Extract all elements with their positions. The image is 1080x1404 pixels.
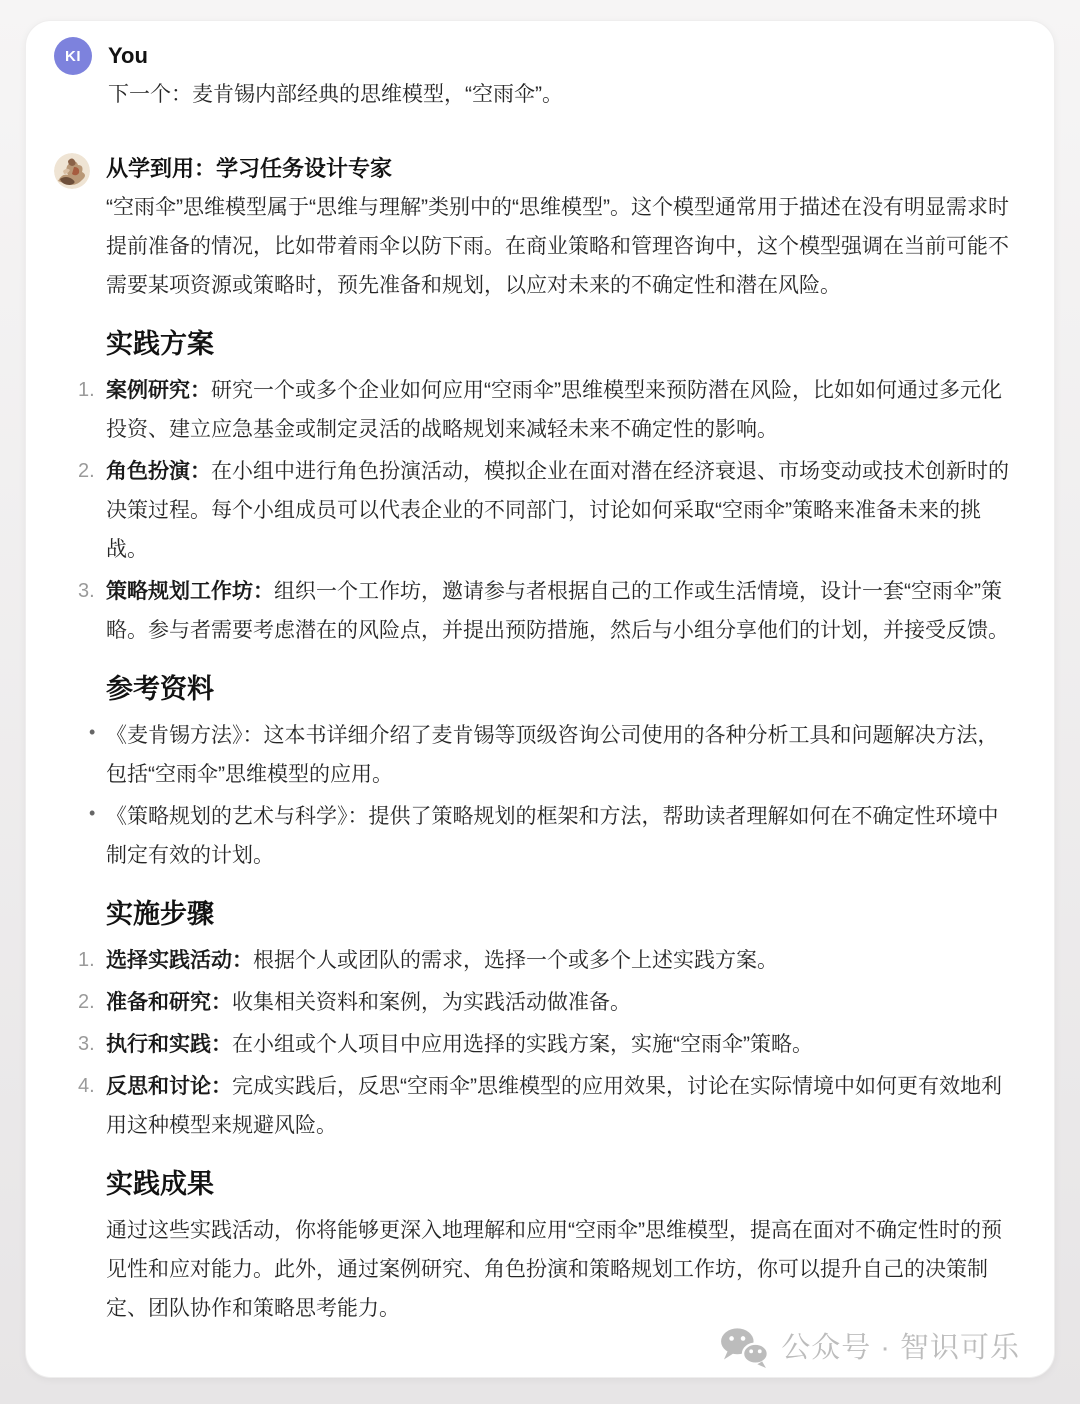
assistant-avatar [54, 153, 90, 189]
user-avatar-initials: KI [65, 48, 81, 65]
list-item: 2.准备和研究：收集相关资料和案例，为实践活动做准备。 [106, 983, 1010, 1022]
section-heading: 实践成果 [106, 1167, 1010, 1201]
list-marker: 3. [78, 1025, 95, 1064]
wechat-icon [719, 1327, 769, 1369]
scholar-illustration-icon [54, 153, 90, 189]
list-item-text: 策略规划工作坊：组织一个工作坊，邀请参与者根据自己的工作或生活情境，设计一套“空… [106, 580, 1009, 642]
list-marker: 2. [78, 983, 95, 1022]
list-item-label: 准备和研究： [106, 991, 232, 1014]
list-item-text: 选择实践活动：根据个人或团队的需求，选择一个或多个上述实践方案。 [106, 949, 778, 972]
chat-card: KI You 下一个：麦肯锡内部经典的思维模型，“空雨伞”。 [25, 20, 1055, 1378]
list-marker: 4. [78, 1067, 95, 1106]
list-item-text: 《策略规划的艺术与科学》：提供了策略规划的框架和方法，帮助读者理解如何在不确定性… [106, 805, 999, 867]
list-item-text: 案例研究：研究一个或多个企业如何应用“空雨伞”思维模型来预防潜在风险，比如如何通… [106, 379, 1002, 441]
user-avatar: KI [54, 37, 92, 75]
list-item: 2.角色扮演：在小组中进行角色扮演活动，模拟企业在面对潜在经济衰退、市场变动或技… [106, 452, 1010, 569]
section-heading: 实践方案 [106, 327, 1010, 361]
list-item: 1.选择实践活动：根据个人或团队的需求，选择一个或多个上述实践方案。 [106, 941, 1010, 980]
user-author: You [108, 41, 1010, 71]
list-item: 3.执行和实践：在小组或个人项目中应用选择的实践方案，实施“空雨伞”策略。 [106, 1025, 1010, 1064]
chat-content: KI You 下一个：麦肯锡内部经典的思维模型，“空雨伞”。 [26, 21, 1054, 1328]
user-message-content: You 下一个：麦肯锡内部经典的思维模型，“空雨伞”。 [108, 37, 1010, 114]
assistant-intro: “空雨伞”思维模型属于“思维与理解”类别中的“思维模型”。这个模型通常用于描述在… [106, 188, 1010, 305]
list-item-label: 执行和实践： [106, 1033, 232, 1056]
assistant-message: 从学到用：学习任务设计专家 “空雨伞”思维模型属于“思维与理解”类别中的“思维模… [54, 150, 1010, 1328]
list-item-label: 案例研究： [106, 379, 211, 402]
ordered-list: 1.选择实践活动：根据个人或团队的需求，选择一个或多个上述实践方案。2.准备和研… [106, 941, 1010, 1145]
list-marker: 1. [78, 941, 95, 980]
list-item-text: 《麦肯锡方法》：这本书详细介绍了麦肯锡等顶级咨询公司使用的各种分析工具和问题解决… [106, 724, 999, 786]
list-item: 3.策略规划工作坊：组织一个工作坊，邀请参与者根据自己的工作或生活情境，设计一套… [106, 572, 1010, 650]
assistant-message-content: 从学到用：学习任务设计专家 “空雨伞”思维模型属于“思维与理解”类别中的“思维模… [106, 150, 1010, 1328]
list-marker: • [89, 713, 95, 752]
list-marker: 1. [78, 371, 95, 410]
list-item: 1.案例研究：研究一个或多个企业如何应用“空雨伞”思维模型来预防潜在风险，比如如… [106, 371, 1010, 449]
watermark: 公众号 · 智识可乐 [719, 1327, 1020, 1369]
list-item-label: 策略规划工作坊： [106, 580, 274, 603]
list-marker: 3. [78, 572, 95, 611]
list-item-label: 角色扮演： [106, 460, 211, 483]
list-item-text: 反思和讨论：完成实践后，反思“空雨伞”思维模型的应用效果，讨论在实际情境中如何更… [106, 1075, 1002, 1137]
watermark-text: 公众号 · 智识可乐 [781, 1334, 1020, 1363]
list-item-label: 选择实践活动： [106, 949, 253, 972]
section-heading: 实施步骤 [106, 897, 1010, 931]
list-marker: • [89, 794, 95, 833]
bulleted-list: •《麦肯锡方法》：这本书详细介绍了麦肯锡等顶级咨询公司使用的各种分析工具和问题解… [106, 716, 1010, 875]
list-item: 4.反思和讨论：完成实践后，反思“空雨伞”思维模型的应用效果，讨论在实际情境中如… [106, 1067, 1010, 1145]
list-item-text: 执行和实践：在小组或个人项目中应用选择的实践方案，实施“空雨伞”策略。 [106, 1033, 813, 1056]
assistant-sections: 实践方案1.案例研究：研究一个或多个企业如何应用“空雨伞”思维模型来预防潜在风险… [106, 327, 1010, 1328]
list-item-text: 角色扮演：在小组中进行角色扮演活动，模拟企业在面对潜在经济衰退、市场变动或技术创… [106, 460, 1009, 561]
list-item: •《策略规划的艺术与科学》：提供了策略规划的框架和方法，帮助读者理解如何在不确定… [106, 797, 1010, 875]
assistant-author: 从学到用：学习任务设计专家 [106, 154, 1010, 184]
user-text: 下一个：麦肯锡内部经典的思维模型，“空雨伞”。 [108, 75, 1010, 114]
list-item: •《麦肯锡方法》：这本书详细介绍了麦肯锡等顶级咨询公司使用的各种分析工具和问题解… [106, 716, 1010, 794]
list-item-text: 准备和研究：收集相关资料和案例，为实践活动做准备。 [106, 991, 631, 1014]
list-marker: 2. [78, 452, 95, 491]
section-paragraph: 通过这些实践活动，你将能够更深入地理解和应用“空雨伞”思维模型，提高在面对不确定… [106, 1211, 1010, 1328]
user-message: KI You 下一个：麦肯锡内部经典的思维模型，“空雨伞”。 [54, 37, 1010, 114]
ordered-list: 1.案例研究：研究一个或多个企业如何应用“空雨伞”思维模型来预防潜在风险，比如如… [106, 371, 1010, 650]
section-heading: 参考资料 [106, 672, 1010, 706]
list-item-label: 反思和讨论： [106, 1075, 232, 1098]
